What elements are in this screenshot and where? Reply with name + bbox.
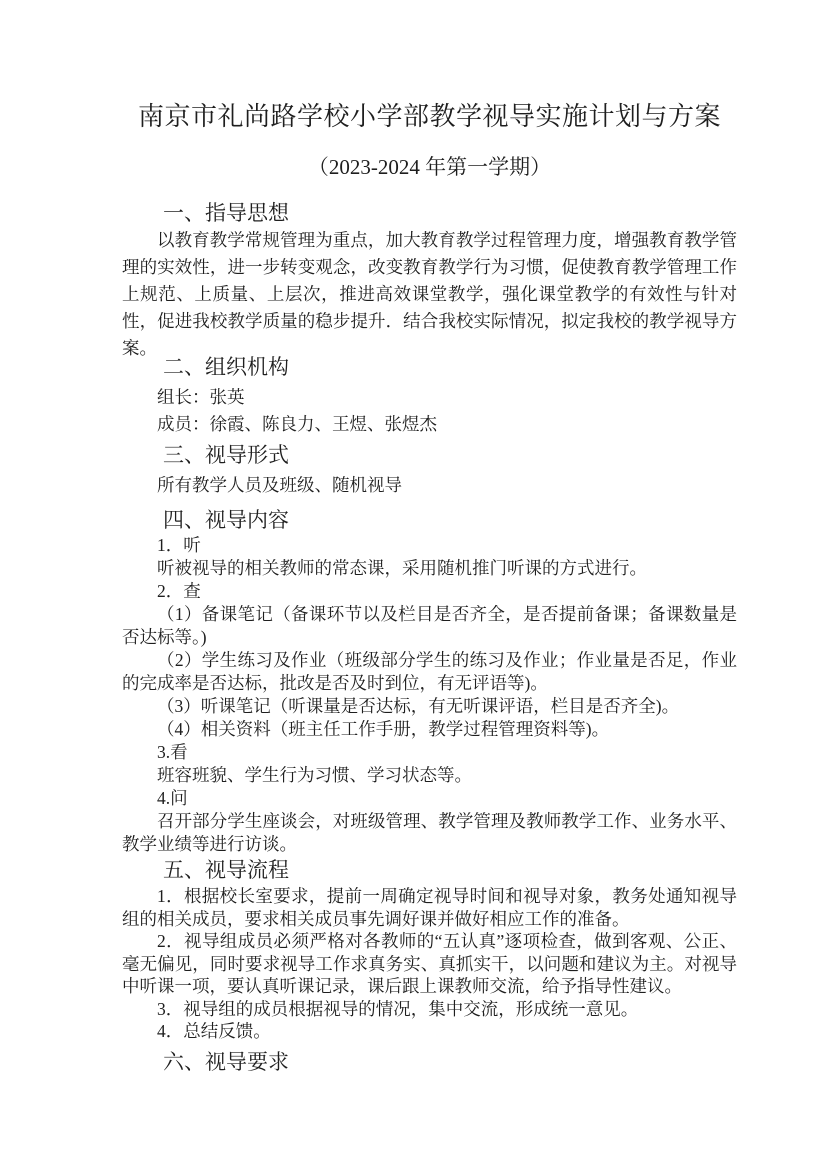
- section-paragraphs: 1．根据校长室要求，提前一周确定视导时间和视导对象，教务处通知视导组的相关成员，…: [122, 885, 737, 1043]
- paragraph: 所有教学人员及班级、随机视导: [122, 472, 737, 499]
- section-heading: 五、视导流程: [122, 857, 737, 883]
- paragraph: 成员：徐霞、陈良力、王煜、张煜杰: [122, 411, 737, 438]
- section-paragraphs: 1．听听被视导的相关教师的常态课，采用随机推门听课的方式进行。2．查（1）备课笔…: [122, 534, 737, 856]
- paragraph: 听被视导的相关教师的常态课，采用随机推门听课的方式进行。: [122, 557, 737, 580]
- document-sections: 一、指导思想 以教育教学常规管理为重点，加大教育教学过程管理力度，增强教育教学管…: [122, 200, 737, 1075]
- document-section: 六、视导要求: [122, 1049, 737, 1075]
- document-section: 一、指导思想 以教育教学常规管理为重点，加大教育教学过程管理力度，增强教育教学管…: [122, 200, 737, 362]
- paragraph: 1．根据校长室要求，提前一周确定视导时间和视导对象，教务处通知视导组的相关成员，…: [122, 885, 737, 930]
- paragraph: 以教育教学常规管理为重点，加大教育教学过程管理力度，增强教育教学管理的实效性，进…: [122, 227, 737, 362]
- document-section: 五、视导流程 1．根据校长室要求，提前一周确定视导时间和视导对象，教务处通知视导…: [122, 857, 737, 1043]
- document-page: 南京市礼尚路学校小学部教学视导实施计划与方案 （2023-2024 年第一学期）…: [0, 0, 827, 1170]
- document-content: 南京市礼尚路学校小学部教学视导实施计划与方案 （2023-2024 年第一学期）…: [0, 100, 827, 1075]
- document-title: 南京市礼尚路学校小学部教学视导实施计划与方案: [122, 100, 737, 134]
- section-heading: 四、视导内容: [122, 507, 737, 533]
- document-subtitle: （2023-2024 年第一学期）: [122, 154, 737, 180]
- document-section: 三、视导形式 所有教学人员及班级、随机视导: [122, 442, 737, 499]
- paragraph: 4．总结反馈。: [122, 1020, 737, 1043]
- paragraph: 组长：张英: [122, 384, 737, 411]
- paragraph: 4.问: [122, 787, 737, 810]
- paragraph: （2）学生练习及作业（班级部分学生的练习及作业；作业量是否足，作业的完成率是否达…: [122, 649, 737, 695]
- paragraph: 2．查: [122, 580, 737, 603]
- paragraph: 1．听: [122, 534, 737, 557]
- paragraph: （3）听课笔记（听课量是否达标，有无听课评语，栏目是否齐全)。: [122, 695, 737, 718]
- paragraph: （4）相关资料（班主任工作手册，教学过程管理资料等)。: [122, 718, 737, 741]
- section-paragraphs: 组长：张英成员：徐霞、陈良力、王煜、张煜杰: [122, 384, 737, 438]
- section-heading: 一、指导思想: [122, 200, 737, 226]
- section-heading: 二、组织机构: [122, 354, 737, 380]
- section-heading: 六、视导要求: [122, 1049, 737, 1075]
- section-heading: 三、视导形式: [122, 442, 737, 468]
- paragraph: 3．视导组的成员根据视导的情况，集中交流，形成统一意见。: [122, 998, 737, 1021]
- document-section: 四、视导内容 1．听听被视导的相关教师的常态课，采用随机推门听课的方式进行。2．…: [122, 507, 737, 856]
- section-paragraphs: 所有教学人员及班级、随机视导: [122, 472, 737, 499]
- document-section: 二、组织机构 组长：张英成员：徐霞、陈良力、王煜、张煜杰: [122, 354, 737, 438]
- paragraph: 3.看: [122, 741, 737, 764]
- paragraph: 召开部分学生座谈会，对班级管理、教学管理及教师教学工作、业务水平、教学业绩等进行…: [122, 810, 737, 856]
- paragraph: 2．视导组成员必须严格对各教师的“五认真”逐项检查，做到客观、公正、毫无偏见，同…: [122, 930, 737, 998]
- paragraph: （1）备课笔记（备课环节以及栏目是否齐全，是否提前备课；备课数量是否达标等。): [122, 603, 737, 649]
- paragraph: 班容班貌、学生行为习惯、学习状态等。: [122, 764, 737, 787]
- section-paragraphs: 以教育教学常规管理为重点，加大教育教学过程管理力度，增强教育教学管理的实效性，进…: [122, 227, 737, 362]
